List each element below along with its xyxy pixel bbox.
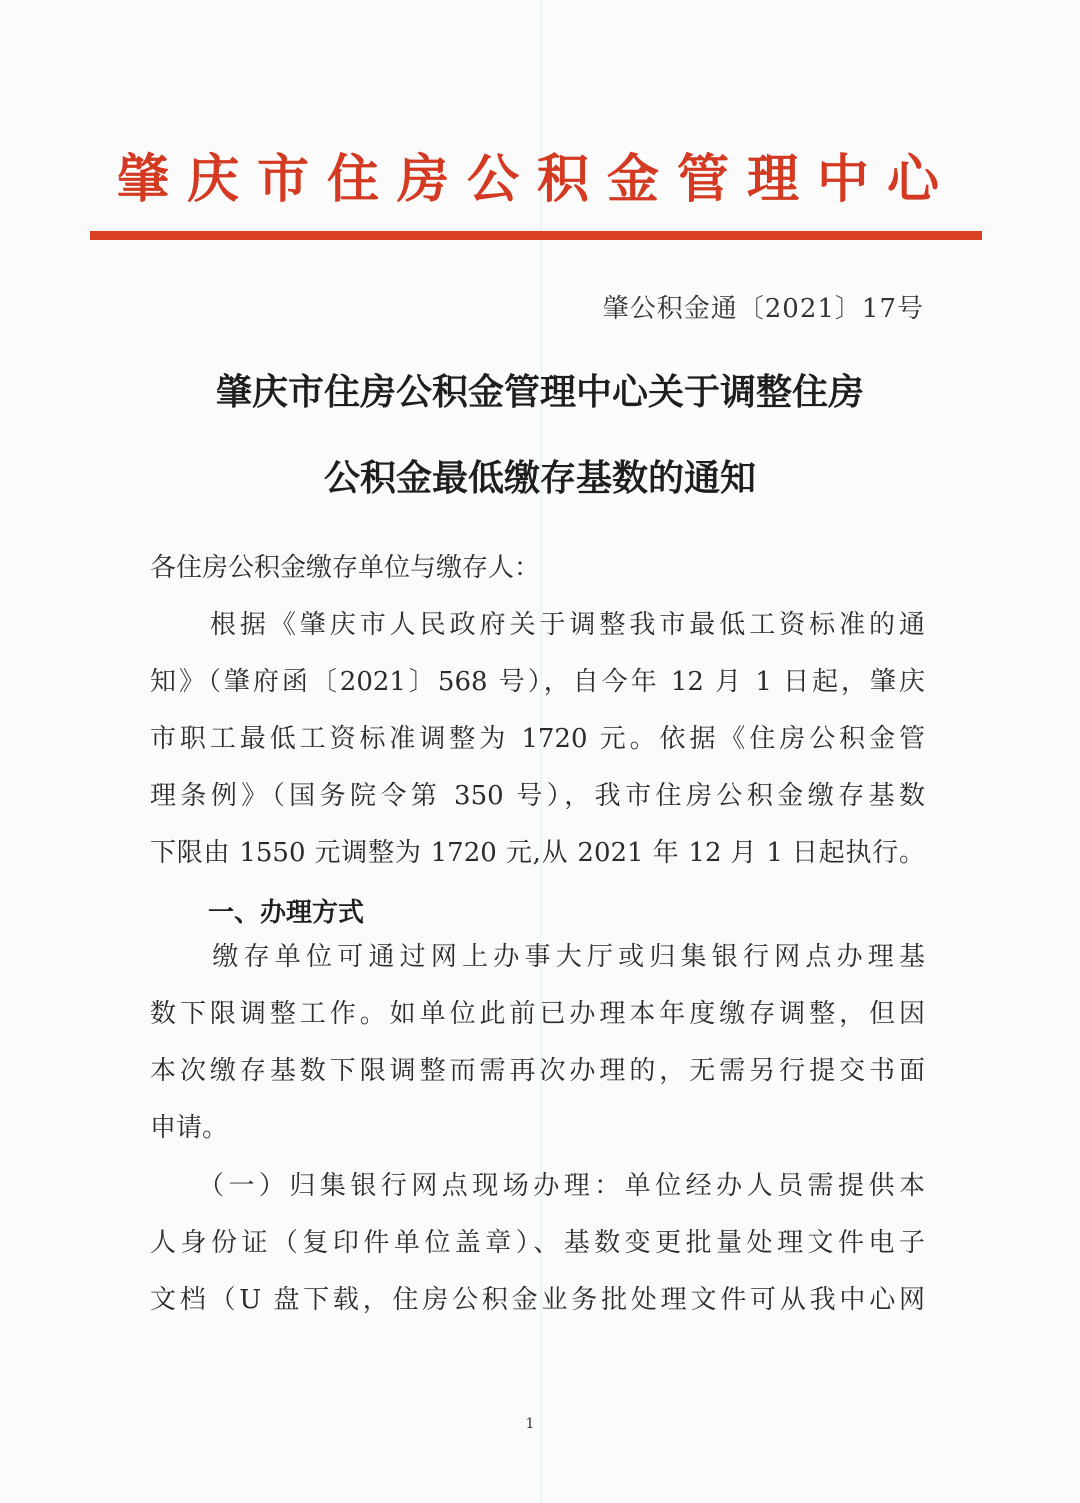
paragraph-line: 缴存单位可通过网上办事大厅或归集银行网点办理基 — [150, 939, 925, 975]
page-number: 1 — [0, 1416, 1060, 1432]
document-title-line-1: 肇庆市住房公积金管理中心关于调整住房 — [150, 364, 930, 415]
paragraph-line: （一）归集银行网点现场办理：单位经办人员需提供本 — [150, 1168, 925, 1204]
paragraph-line: 人身份证（复印件单位盖章）、基数变更批量处理文件电子 — [150, 1225, 925, 1261]
paragraph-line: 市职工最低工资标准调整为 1720 元。依据《住房公积金管 — [150, 721, 925, 757]
document-number: 肇公积金通〔2021〕17号 — [603, 288, 924, 325]
paragraph-line: 下限由 1550 元调整为 1720 元,从 2021 年 12 月 1 日起执… — [150, 835, 925, 871]
letterhead-org-name: 肇庆市住房公积金管理中心 — [92, 148, 982, 212]
paragraph-line: 知》（肇府函〔2021〕568 号），自今年 12 月 1 日起，肇庆 — [150, 664, 925, 700]
paragraph-line: 数下限调整工作。如单位此前已办理本年度缴存调整，但因 — [150, 996, 925, 1032]
paragraph-line: 理条例》（国务院令第 350 号），我市住房公积金缴存基数 — [150, 778, 925, 814]
salutation: 各住房公积金缴存单位与缴存人： — [150, 550, 925, 586]
paragraph-line: 根据《肇庆市人民政府关于调整我市最低工资标准的通 — [150, 607, 925, 643]
paragraph-line: 申请。 — [150, 1110, 925, 1146]
document-title-line-2: 公积金最低缴存基数的通知 — [150, 450, 930, 501]
letterhead-red-rule — [90, 231, 982, 240]
section-heading-1: 一、办理方式 — [208, 892, 364, 929]
paragraph-line: 本次缴存基数下限调整而需再次办理的，无需另行提交书面 — [150, 1053, 925, 1089]
paragraph-line: 文档（U 盘下载，住房公积金业务批处理文件可从我中心网 — [150, 1282, 925, 1318]
